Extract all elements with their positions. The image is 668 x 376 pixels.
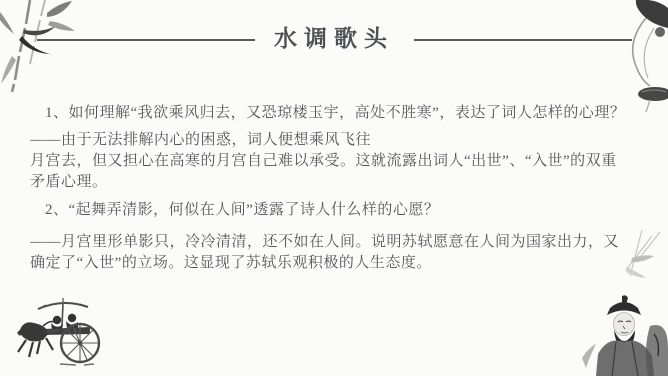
answer-line: 确定了“入世”的立场。这显现了苏轼乐观积极的人生态度。 [30, 253, 644, 274]
ink-branch-icon [608, 0, 668, 112]
slide-body: 1、如何理解“我欲乘风归去，又恐琼楼玉宇，高处不胜寒”，表达了词人怎样的心理？ … [30, 103, 644, 274]
answer-line: ——由于无法排解内心的困惑，词人便想乘风飞往 [30, 130, 644, 151]
title-rule-right [414, 39, 632, 41]
answer-line: ——月宫里形单影只，冷冷清清，还不如在人间。说明苏轼愿意在人间为国家出力，又 [30, 232, 644, 253]
question-2: 2、“起舞弄清影，何似在人间”透露了诗人什么样的心愿？ [30, 200, 644, 221]
question-1: 1、如何理解“我欲乘风归去，又恐琼楼玉宇，高处不胜寒”，表达了词人怎样的心理？ [30, 103, 644, 124]
answer-2: ——月宫里形单影只，冷冷清清，还不如在人间。说明苏轼愿意在人间为国家出力，又 确… [30, 232, 644, 274]
answer-line: 矛盾心理。 [30, 172, 644, 193]
answer-1: ——由于无法排解内心的困惑，词人便想乘风飞往 月宫去，但又担心在高寒的月宫自己难… [30, 130, 644, 193]
chariot-ink-icon [16, 296, 118, 368]
slide: 水调歌头 1、如何理解“我欲乘风归去，又恐琼楼玉宇，高处不胜寒”，表达了词人怎样… [0, 0, 668, 376]
answer-line: 月宫去，但又担心在高寒的月宫自己难以承受。这就流露出词人“出世”、“入世”的双重 [30, 151, 644, 172]
slide-title: 水调歌头 [0, 20, 668, 53]
